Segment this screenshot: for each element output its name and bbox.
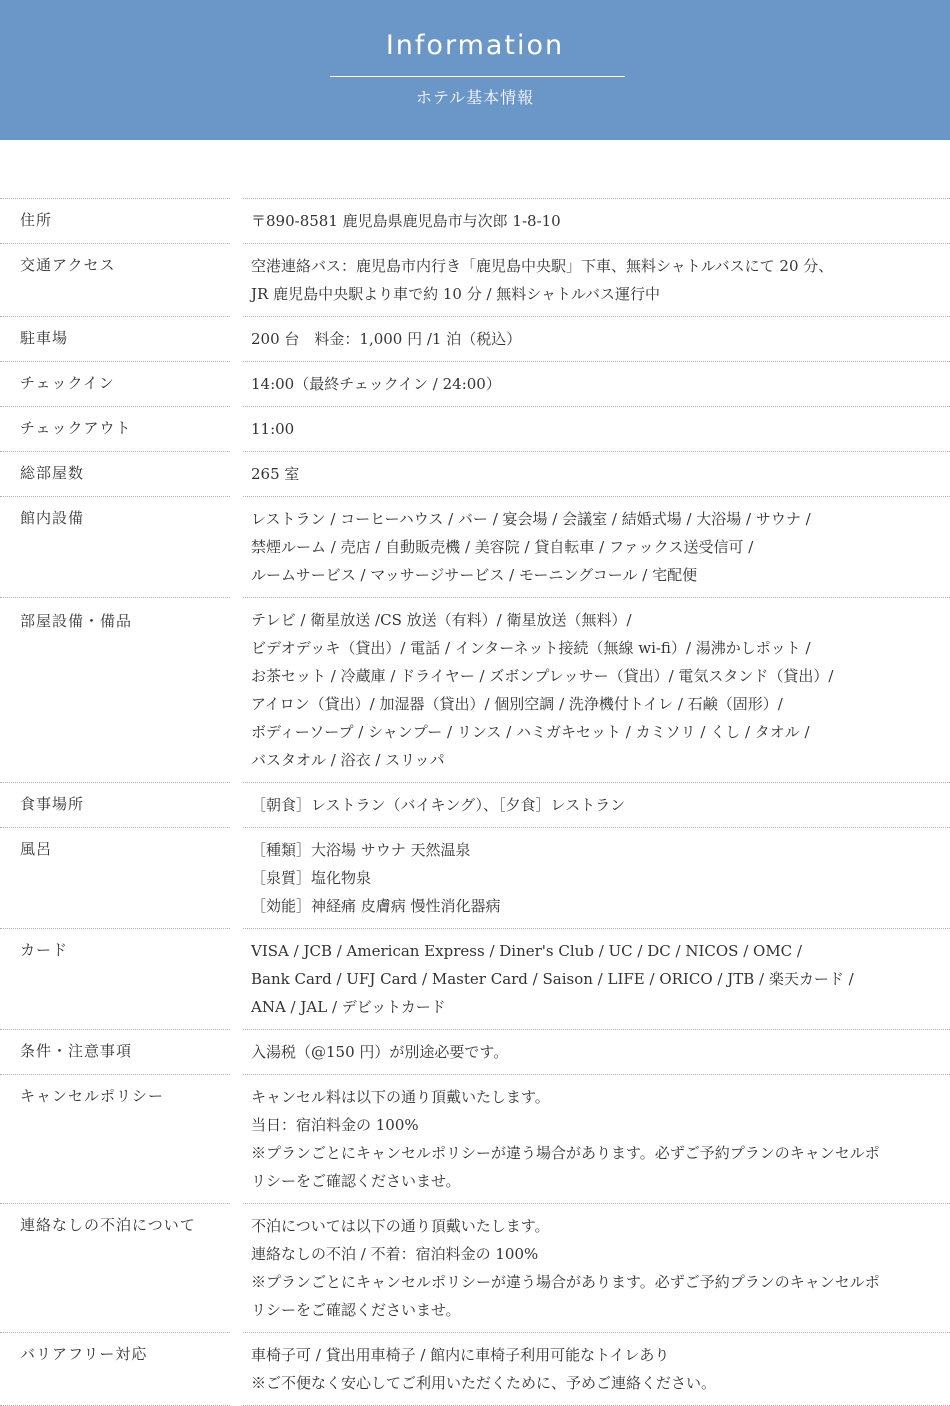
row-label: 駐車場 bbox=[0, 316, 230, 361]
value-line: キャンセル料は以下の通り頂戴いたします。 bbox=[251, 1083, 950, 1111]
info-row-address: 住所 〒890-8581 鹿児島県鹿児島市与次郎 1-8-10 bbox=[0, 198, 950, 243]
value-line: アイロン（貸出）/ 加湿器（貸出）/ 個別空調 / 洗浄機付トイレ / 石鹸（固… bbox=[251, 690, 950, 718]
row-label: バリアフリー対応 bbox=[0, 1332, 230, 1406]
value-line: ※プランごとにキャンセルポリシーが違う場合があります。必ずご予約プランのキャンセ… bbox=[251, 1268, 950, 1296]
info-row-no-show: 連絡なしの不泊について 不泊については以下の通り頂戴いたします。 連絡なしの不泊… bbox=[0, 1203, 950, 1332]
row-label: 交通アクセス bbox=[0, 243, 230, 316]
value-line: ［効能］神経痛 皮膚病 慢性消化器病 bbox=[251, 892, 950, 920]
row-value: 入湯税（@150 円）が別途必要です。 bbox=[243, 1029, 950, 1074]
row-value: VISA / JCB / American Express / Diner's … bbox=[243, 928, 950, 1029]
value-line: ANA / JAL / デビットカード bbox=[251, 993, 950, 1021]
row-value: 200 台 料金：1,000 円 /1 泊（税込） bbox=[243, 316, 950, 361]
row-label: 館内設備 bbox=[0, 496, 230, 597]
value-line: 車椅子可 / 貸出用車椅子 / 館内に車椅子利用可能なトイレあり bbox=[251, 1341, 950, 1369]
value-line: 入湯税（@150 円）が別途必要です。 bbox=[251, 1038, 950, 1066]
hotel-info-table: 住所 〒890-8581 鹿児島県鹿児島市与次郎 1-8-10 交通アクセス 空… bbox=[0, 198, 950, 1406]
value-line: ビデオデッキ（貸出）/ 電話 / インターネット接続（無線 wi-fi）/ 湯沸… bbox=[251, 634, 950, 662]
value-line: ［朝食］レストラン（バイキング）、［夕食］レストラン bbox=[251, 791, 950, 819]
header-divider bbox=[330, 76, 625, 77]
row-value: レストラン / コーヒーハウス / バー / 宴会場 / 会議室 / 結婚式場 … bbox=[243, 496, 950, 597]
value-line: 空港連絡バス：鹿児島市内行き「鹿児島中央駅」下車、無料シャトルバスにて 20 分… bbox=[251, 252, 950, 280]
info-row-cards: カード VISA / JCB / American Express / Dine… bbox=[0, 928, 950, 1029]
info-row-facilities: 館内設備 レストラン / コーヒーハウス / バー / 宴会場 / 会議室 / … bbox=[0, 496, 950, 597]
row-label: チェックイン bbox=[0, 361, 230, 406]
info-row-room-amenities: 部屋設備・備品 テレビ / 衛星放送 /CS 放送（有料）/ 衛星放送（無料）/… bbox=[0, 597, 950, 782]
info-row-parking: 駐車場 200 台 料金：1,000 円 /1 泊（税込） bbox=[0, 316, 950, 361]
row-value: 〒890-8581 鹿児島県鹿児島市与次郎 1-8-10 bbox=[243, 198, 950, 243]
value-line: 11:00 bbox=[251, 415, 950, 443]
info-row-checkout: チェックアウト 11:00 bbox=[0, 406, 950, 451]
info-row-access: 交通アクセス 空港連絡バス：鹿児島市内行き「鹿児島中央駅」下車、無料シャトルバス… bbox=[0, 243, 950, 316]
info-row-cancel-policy: キャンセルポリシー キャンセル料は以下の通り頂戴いたします。 当日：宿泊料金の … bbox=[0, 1074, 950, 1203]
value-line: レストラン / コーヒーハウス / バー / 宴会場 / 会議室 / 結婚式場 … bbox=[251, 505, 950, 533]
row-label: 部屋設備・備品 bbox=[0, 597, 230, 782]
value-line: ※プランごとにキャンセルポリシーが違う場合があります。必ずご予約プランのキャンセ… bbox=[251, 1139, 950, 1167]
row-label: キャンセルポリシー bbox=[0, 1074, 230, 1203]
value-line: リシーをご確認くださいませ。 bbox=[251, 1167, 950, 1195]
value-line: テレビ / 衛星放送 /CS 放送（有料）/ 衛星放送（無料）/ bbox=[251, 606, 950, 634]
info-row-dining: 食事場所 ［朝食］レストラン（バイキング）、［夕食］レストラン bbox=[0, 782, 950, 827]
info-row-barrier-free: バリアフリー対応 車椅子可 / 貸出用車椅子 / 館内に車椅子利用可能なトイレあ… bbox=[0, 1332, 950, 1406]
row-label: 連絡なしの不泊について bbox=[0, 1203, 230, 1332]
row-label: 食事場所 bbox=[0, 782, 230, 827]
value-line: 連絡なしの不泊 / 不着：宿泊料金の 100% bbox=[251, 1240, 950, 1268]
row-value: ［朝食］レストラン（バイキング）、［夕食］レストラン bbox=[243, 782, 950, 827]
info-row-checkin: チェックイン 14:00（最終チェックイン / 24:00） bbox=[0, 361, 950, 406]
row-label: 総部屋数 bbox=[0, 451, 230, 496]
row-value: 車椅子可 / 貸出用車椅子 / 館内に車椅子利用可能なトイレあり ※ご不便なく安… bbox=[243, 1332, 950, 1406]
value-line: 〒890-8581 鹿児島県鹿児島市与次郎 1-8-10 bbox=[251, 207, 950, 235]
page-title: Information bbox=[0, 28, 950, 64]
row-value: 空港連絡バス：鹿児島市内行き「鹿児島中央駅」下車、無料シャトルバスにて 20 分… bbox=[243, 243, 950, 316]
value-line: JR 鹿児島中央駅より車で約 10 分 / 無料シャトルバス運行中 bbox=[251, 280, 950, 308]
value-line: VISA / JCB / American Express / Diner's … bbox=[251, 937, 950, 965]
row-label: 条件・注意事項 bbox=[0, 1029, 230, 1074]
row-label: 住所 bbox=[0, 198, 230, 243]
value-line: 14:00（最終チェックイン / 24:00） bbox=[251, 370, 950, 398]
row-label: チェックアウト bbox=[0, 406, 230, 451]
value-line: バスタオル / 浴衣 / スリッパ bbox=[251, 746, 950, 774]
page-header: Information ホテル基本情報 bbox=[0, 0, 950, 140]
value-line: 265 室 bbox=[251, 460, 950, 488]
row-value: 14:00（最終チェックイン / 24:00） bbox=[243, 361, 950, 406]
row-label: カード bbox=[0, 928, 230, 1029]
row-value: ［種類］大浴場 サウナ 天然温泉 ［泉質］塩化物泉 ［効能］神経痛 皮膚病 慢性… bbox=[243, 827, 950, 928]
row-value: 265 室 bbox=[243, 451, 950, 496]
row-value: テレビ / 衛星放送 /CS 放送（有料）/ 衛星放送（無料）/ ビデオデッキ（… bbox=[243, 597, 950, 782]
value-line: ボディーソープ / シャンプー / リンス / ハミガキセット / カミソリ /… bbox=[251, 718, 950, 746]
value-line: 200 台 料金：1,000 円 /1 泊（税込） bbox=[251, 325, 950, 353]
value-line: ※ご不便なく安心してご利用いただくために、予めご連絡ください。 bbox=[251, 1369, 950, 1397]
value-line: Bank Card / UFJ Card / Master Card / Sai… bbox=[251, 965, 950, 993]
value-line: 当日：宿泊料金の 100% bbox=[251, 1111, 950, 1139]
value-line: リシーをご確認くださいませ。 bbox=[251, 1296, 950, 1324]
row-value: キャンセル料は以下の通り頂戴いたします。 当日：宿泊料金の 100% ※プランご… bbox=[243, 1074, 950, 1203]
info-row-room-count: 総部屋数 265 室 bbox=[0, 451, 950, 496]
info-row-conditions: 条件・注意事項 入湯税（@150 円）が別途必要です。 bbox=[0, 1029, 950, 1074]
row-label: 風呂 bbox=[0, 827, 230, 928]
value-line: お茶セット / 冷蔵庫 / ドライヤー / ズボンプレッサー（貸出）/ 電気スタ… bbox=[251, 662, 950, 690]
value-line: ルームサービス / マッサージサービス / モーニングコール / 宅配便 bbox=[251, 561, 950, 589]
row-value: 11:00 bbox=[243, 406, 950, 451]
value-line: 不泊については以下の通り頂戴いたします。 bbox=[251, 1212, 950, 1240]
row-value: 不泊については以下の通り頂戴いたします。 連絡なしの不泊 / 不着：宿泊料金の … bbox=[243, 1203, 950, 1332]
value-line: ［泉質］塩化物泉 bbox=[251, 864, 950, 892]
page-subtitle: ホテル基本情報 bbox=[0, 86, 950, 110]
info-row-bath: 風呂 ［種類］大浴場 サウナ 天然温泉 ［泉質］塩化物泉 ［効能］神経痛 皮膚病… bbox=[0, 827, 950, 928]
value-line: 禁煙ルーム / 売店 / 自動販売機 / 美容院 / 貸自転車 / ファックス送… bbox=[251, 533, 950, 561]
value-line: ［種類］大浴場 サウナ 天然温泉 bbox=[251, 836, 950, 864]
